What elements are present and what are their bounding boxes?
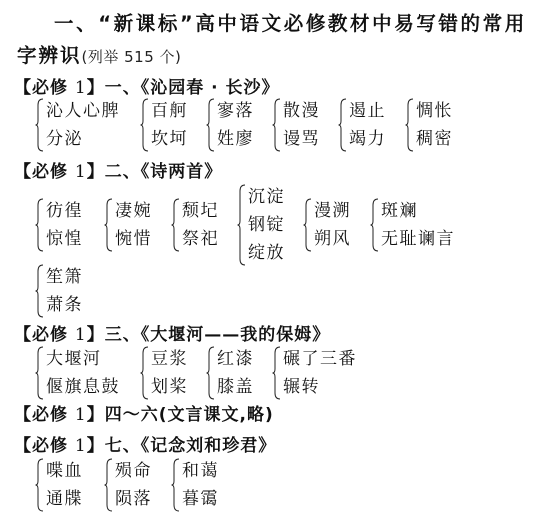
word-group: 惆怅稠密 (405, 97, 453, 153)
word: 陨落 (115, 485, 152, 513)
word-group: 散漫谩骂 (272, 97, 320, 153)
word-group: 大堰河偃旗息鼓 (35, 345, 120, 401)
lesson-title: 一、《沁园春 · 长沙》 (105, 78, 280, 98)
volume-label: 【必修 (14, 162, 75, 182)
word: 和蔼 (182, 457, 219, 485)
brace-icon (104, 457, 113, 513)
word-group: 豆浆划桨 (140, 345, 188, 401)
word: 萧条 (46, 291, 83, 319)
word: 漫溯 (314, 197, 351, 225)
lesson-title: 四～六(文言课文,略) (105, 405, 274, 425)
volume-label: 【必修 (14, 436, 75, 456)
word: 无耻谰言 (381, 225, 455, 253)
word: 绽放 (248, 239, 285, 267)
word: 寥落 (217, 97, 254, 125)
word-group: 漫溯朔风 (303, 197, 351, 253)
brace-icon (35, 345, 44, 401)
volume-label: 【必修 (14, 405, 75, 425)
word: 坎坷 (151, 125, 188, 153)
word-group: 沉淀钢锭绽放 (237, 183, 285, 267)
word: 惆怅 (416, 97, 453, 125)
brace-icon (35, 457, 44, 513)
word: 殒命 (115, 457, 152, 485)
word-group: 百舸坎坷 (140, 97, 188, 153)
brace-icon (35, 263, 44, 319)
section-heading-2: 【必修 1】二、《诗两首》 (14, 157, 222, 182)
word: 沉淀 (248, 183, 285, 211)
word-group: 沁人心脾分泌 (35, 97, 120, 153)
volume-close: 】 (87, 162, 105, 182)
brace-icon (140, 345, 149, 401)
volume-close: 】 (87, 325, 105, 345)
word-group: 颓圮祭祀 (171, 197, 219, 253)
word: 稠密 (416, 125, 453, 153)
page-title-line-2: 字辨识(列举 515 个) (17, 40, 181, 68)
brace-icon (237, 183, 246, 267)
volume-number: 1 (75, 162, 87, 182)
word: 通牒 (46, 485, 83, 513)
word-group: 和蔼暮霭 (171, 457, 219, 513)
lesson-title: 二、《诗两首》 (105, 162, 223, 182)
word-group: 彷徨惊惶 (35, 197, 83, 253)
word: 碾了三番 (283, 345, 357, 373)
word: 颓圮 (182, 197, 219, 225)
page-title-line-1: 一、“新课标”高中语文必修教材中易写错的常用 (54, 8, 527, 36)
section-heading-3: 【必修 1】三、《大堰河——我的保姆》 (14, 320, 330, 345)
word: 膝盖 (217, 373, 254, 401)
word-group: 笙箫萧条 (35, 263, 83, 319)
lesson-title: 七、《记念刘和珍君》 (105, 436, 277, 456)
volume-close: 】 (87, 436, 105, 456)
brace-icon (370, 197, 379, 253)
word: 谩骂 (283, 125, 320, 153)
word: 惊惶 (46, 225, 83, 253)
brace-icon (171, 197, 180, 253)
word: 偃旗息鼓 (46, 373, 120, 401)
word: 斑斓 (381, 197, 455, 225)
word: 彷徨 (46, 197, 83, 225)
word: 笙箫 (46, 263, 83, 291)
word: 惋惜 (115, 225, 152, 253)
brace-icon (35, 97, 44, 153)
volume-close: 】 (87, 78, 105, 98)
word: 豆浆 (151, 345, 188, 373)
word: 祭祀 (182, 225, 219, 253)
word: 钢锭 (248, 211, 285, 239)
volume-label: 【必修 (14, 325, 75, 345)
brace-icon (338, 97, 347, 153)
title-text: 字辨识 (17, 44, 82, 67)
section-heading-5: 【必修 1】七、《记念刘和珍君》 (14, 431, 276, 456)
title-note: (列举 515 个) (82, 48, 182, 66)
brace-icon (405, 97, 414, 153)
word: 喋血 (46, 457, 83, 485)
section-heading-1: 【必修 1】一、《沁园春 · 长沙》 (14, 73, 280, 98)
word-group: 凄婉惋惜 (104, 197, 152, 253)
word: 大堰河 (46, 345, 120, 373)
word: 百舸 (151, 97, 188, 125)
volume-number: 1 (75, 78, 87, 98)
brace-icon (272, 345, 281, 401)
word-group: 遏止竭力 (338, 97, 386, 153)
brace-icon (140, 97, 149, 153)
volume-number: 1 (75, 436, 87, 456)
word-group: 红漆膝盖 (206, 345, 254, 401)
volume-close: 】 (87, 405, 105, 425)
word: 姓廖 (217, 125, 254, 153)
word: 暮霭 (182, 485, 219, 513)
volume-number: 1 (75, 325, 87, 345)
word-group: 斑斓无耻谰言 (370, 197, 455, 253)
brace-icon (303, 197, 312, 253)
word-group: 碾了三番辗转 (272, 345, 357, 401)
brace-icon (104, 197, 113, 253)
word: 凄婉 (115, 197, 152, 225)
brace-icon (206, 97, 215, 153)
brace-icon (206, 345, 215, 401)
volume-label: 【必修 (14, 78, 75, 98)
word: 划桨 (151, 373, 188, 401)
word-group: 喋血通牒 (35, 457, 83, 513)
word: 红漆 (217, 345, 254, 373)
word-group: 寥落姓廖 (206, 97, 254, 153)
word: 分泌 (46, 125, 120, 153)
word: 朔风 (314, 225, 351, 253)
word: 竭力 (349, 125, 386, 153)
lesson-title: 三、《大堰河——我的保姆》 (105, 325, 331, 345)
brace-icon (272, 97, 281, 153)
section-heading-4: 【必修 1】四～六(文言课文,略) (14, 400, 274, 425)
word-group: 殒命陨落 (104, 457, 152, 513)
brace-icon (35, 197, 44, 253)
word: 散漫 (283, 97, 320, 125)
word: 遏止 (349, 97, 386, 125)
word: 沁人心脾 (46, 97, 120, 125)
brace-icon (171, 457, 180, 513)
word: 辗转 (283, 373, 357, 401)
volume-number: 1 (75, 405, 87, 425)
